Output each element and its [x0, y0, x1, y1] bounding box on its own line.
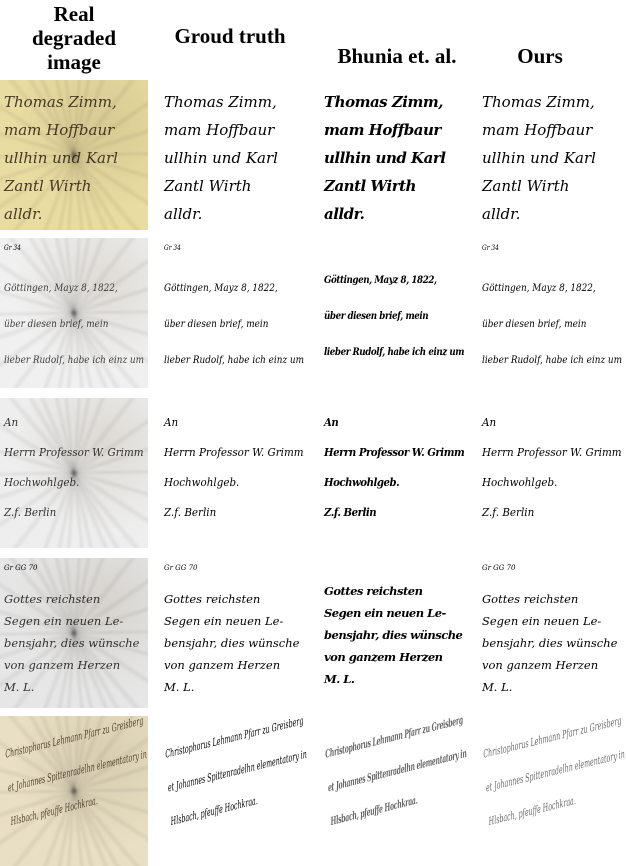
handwriting-text: Thomas Zimm,mam Hoffbaurullhin und KarlZ… — [482, 88, 622, 228]
handwriting-line: lieber Rudolf, habe ich einz um — [482, 342, 600, 378]
handwriting-text: AnHerrn Professor W. GrimmHochwohlgeb.Z.… — [164, 408, 296, 528]
image-bhunia-row-5: Christophorus Lehmann Pfarr zu Greisberg… — [320, 716, 468, 866]
handwriting-line: Segen ein neuen Le- — [324, 602, 464, 624]
handwriting-line: Göttingen, Mayz 8, 1822, — [324, 262, 440, 298]
handwriting-text: Gr GG 70Gottes reichstenSegen ein neuen … — [4, 588, 144, 698]
image-ours-row-4: Gr GG 70Gottes reichstenSegen ein neuen … — [478, 558, 626, 708]
handwriting-line: Thomas Zimm, — [4, 88, 144, 116]
handwriting-line: von ganzem Herzen — [164, 654, 304, 676]
image-bhunia-row-3: AnHerrn Professor W. GrimmHochwohlgeb.Z.… — [320, 398, 468, 548]
handwriting-text: Gr GG 70Gottes reichstenSegen ein neuen … — [482, 588, 622, 698]
handwriting-line: Thomas Zimm, — [482, 88, 622, 116]
image-ours-row-1: Thomas Zimm,mam Hoffbaurullhin und KarlZ… — [478, 80, 626, 230]
handwriting-text: Thomas Zimm,mam Hoffbaurullhin und KarlZ… — [4, 88, 144, 228]
handwriting-text: Thomas Zimm,mam Hoffbaurullhin und KarlZ… — [324, 88, 464, 228]
image-ours-row-2: Gr 34Göttingen, Mayz 8, 1822,über diesen… — [478, 238, 626, 388]
handwriting-line: alldr. — [324, 200, 464, 228]
handwriting-line: M. L. — [324, 668, 464, 690]
handwriting-line: Göttingen, Mayz 8, 1822, — [4, 270, 122, 306]
handwriting-line: Thomas Zimm, — [324, 88, 464, 116]
header-real-line-2: degraded — [0, 26, 148, 50]
handwriting-line: M. L. — [164, 676, 304, 698]
image-ours-row-3: AnHerrn Professor W. GrimmHochwohlgeb.Z.… — [478, 398, 626, 548]
handwriting-text: Gr 34Göttingen, Mayz 8, 1822,über diesen… — [164, 270, 282, 378]
header-ours: Ours — [480, 44, 600, 68]
image-ground-truth-row-5: Christophorus Lehmann Pfarr zu Greisberg… — [160, 716, 308, 866]
handwriting-line: Z.f. Berlin — [482, 498, 614, 528]
image-ours-row-5: Christophorus Lehmann Pfarr zu Greisberg… — [478, 716, 626, 866]
handwriting-line: lieber Rudolf, habe ich einz um — [4, 342, 122, 378]
handwriting-line: lieber Rudolf, habe ich einz um — [324, 334, 440, 370]
handwriting-line: An — [4, 408, 136, 438]
archive-note: Gr GG 70 — [4, 564, 144, 572]
handwriting-text: Christophorus Lehmann Pfarr zu Greisberg… — [164, 719, 252, 839]
handwriting-line: mam Hoffbaur — [482, 116, 622, 144]
handwriting-line: mam Hoffbaur — [164, 116, 304, 144]
handwriting-line: Z.f. Berlin — [4, 498, 136, 528]
handwriting-text: Christophorus Lehmann Pfarr zu Greisberg… — [324, 719, 410, 839]
handwriting-text: Christophorus Lehmann Pfarr zu Greisberg… — [482, 719, 570, 839]
handwriting-line: An — [482, 408, 614, 438]
header-real-line-3: image — [0, 50, 148, 74]
handwriting-line: Zantl Wirth — [482, 172, 622, 200]
handwriting-line: alldr. — [4, 200, 144, 228]
handwriting-line: Göttingen, Mayz 8, 1822, — [482, 270, 600, 306]
handwriting-line: lieber Rudolf, habe ich einz um — [164, 342, 282, 378]
handwriting-line: von ganzem Herzen — [482, 654, 622, 676]
handwriting-text: Gr 34Göttingen, Mayz 8, 1822,über diesen… — [4, 270, 122, 378]
handwriting-line: Herrn Professor W. Grimm — [324, 438, 453, 468]
handwriting-line: von ganzem Herzen — [4, 654, 144, 676]
image-bhunia-row-4: Gottes reichstenSegen ein neuen Le-bensj… — [320, 558, 468, 708]
handwriting-line: alldr. — [164, 200, 304, 228]
handwriting-line: Zantl Wirth — [4, 172, 144, 200]
handwriting-line: ullhin und Karl — [324, 144, 464, 172]
handwriting-line: Z.f. Berlin — [324, 498, 453, 528]
handwriting-text: AnHerrn Professor W. GrimmHochwohlgeb.Z.… — [4, 408, 136, 528]
header-real-degraded-image: Real degraded image — [0, 2, 148, 74]
handwriting-line: M. L. — [4, 676, 144, 698]
handwriting-line: Hochwohlgeb. — [324, 468, 453, 498]
handwriting-line: Gottes reichsten — [164, 588, 304, 610]
handwriting-text: Göttingen, Mayz 8, 1822,über diesen brie… — [324, 270, 440, 370]
handwriting-line: Z.f. Berlin — [164, 498, 296, 528]
image-degraded-row-2: Gr 34Göttingen, Mayz 8, 1822,über diesen… — [0, 238, 148, 388]
image-degraded-row-5: Christophorus Lehmann Pfarr zu Greisberg… — [0, 716, 148, 866]
handwriting-line: über diesen brief, mein — [4, 306, 122, 342]
handwriting-text: Christophorus Lehmann Pfarr zu Greisberg… — [4, 719, 92, 839]
handwriting-text: AnHerrn Professor W. GrimmHochwohlgeb.Z.… — [482, 408, 614, 528]
handwriting-line: Gottes reichsten — [482, 588, 622, 610]
handwriting-line: Gottes reichsten — [324, 580, 464, 602]
archive-note: Gr 34 — [164, 244, 282, 252]
image-ground-truth-row-3: AnHerrn Professor W. GrimmHochwohlgeb.Z.… — [160, 398, 308, 548]
handwriting-line: An — [164, 408, 296, 438]
handwriting-line: M. L. — [482, 676, 622, 698]
handwriting-line: Hochwohlgeb. — [4, 468, 136, 498]
handwriting-text: Gr 34Göttingen, Mayz 8, 1822,über diesen… — [482, 270, 600, 378]
handwriting-line: Hochwohlgeb. — [164, 468, 296, 498]
image-bhunia-row-1: Thomas Zimm,mam Hoffbaurullhin und KarlZ… — [320, 80, 468, 230]
handwriting-line: mam Hoffbaur — [324, 116, 464, 144]
handwriting-text: AnHerrn Professor W. GrimmHochwohlgeb.Z.… — [324, 408, 453, 528]
image-ground-truth-row-1: Thomas Zimm,mam Hoffbaurullhin und KarlZ… — [160, 80, 308, 230]
header-ground-truth: Groud truth — [160, 24, 300, 48]
handwriting-line: Göttingen, Mayz 8, 1822, — [164, 270, 282, 306]
image-degraded-row-4: Gr GG 70Gottes reichstenSegen ein neuen … — [0, 558, 148, 708]
handwriting-line: Segen ein neuen Le- — [4, 610, 144, 632]
handwriting-line: bensjahr, dies wünsche — [164, 632, 304, 654]
archive-note: Gr GG 70 — [482, 564, 622, 572]
handwriting-line: Thomas Zimm, — [164, 88, 304, 116]
handwriting-line: ullhin und Karl — [482, 144, 622, 172]
handwriting-line: Herrn Professor W. Grimm — [164, 438, 296, 468]
handwriting-line: Gottes reichsten — [4, 588, 144, 610]
handwriting-line: Segen ein neuen Le- — [164, 610, 304, 632]
image-degraded-row-3: AnHerrn Professor W. GrimmHochwohlgeb.Z.… — [0, 398, 148, 548]
handwriting-line: Herrn Professor W. Grimm — [4, 438, 136, 468]
handwriting-line: bensjahr, dies wünsche — [324, 624, 464, 646]
archive-note: Gr GG 70 — [164, 564, 304, 572]
handwriting-text: Gr GG 70Gottes reichstenSegen ein neuen … — [164, 588, 304, 698]
image-ground-truth-row-4: Gr GG 70Gottes reichstenSegen ein neuen … — [160, 558, 308, 708]
archive-note: Gr 34 — [4, 244, 122, 252]
handwriting-line: über diesen brief, mein — [164, 306, 282, 342]
handwriting-line: ullhin und Karl — [164, 144, 304, 172]
handwriting-text: Gottes reichstenSegen ein neuen Le-bensj… — [324, 588, 464, 690]
handwriting-line: bensjahr, dies wünsche — [482, 632, 622, 654]
image-ground-truth-row-2: Gr 34Göttingen, Mayz 8, 1822,über diesen… — [160, 238, 308, 388]
handwriting-line: über diesen brief, mein — [482, 306, 600, 342]
handwriting-line: An — [324, 408, 453, 438]
image-degraded-row-1: Thomas Zimm,mam Hoffbaurullhin und KarlZ… — [0, 80, 148, 230]
handwriting-line: alldr. — [482, 200, 622, 228]
image-bhunia-row-2: Göttingen, Mayz 8, 1822,über diesen brie… — [320, 238, 468, 388]
handwriting-line: von ganzem Herzen — [324, 646, 464, 668]
archive-note: Gr 34 — [482, 244, 600, 252]
handwriting-line: Hochwohlgeb. — [482, 468, 614, 498]
handwriting-line: über diesen brief, mein — [324, 298, 440, 334]
header-real-line-1: Real — [0, 2, 148, 26]
handwriting-line: ullhin und Karl — [4, 144, 144, 172]
header-bhunia: Bhunia et. al. — [322, 44, 472, 68]
handwriting-line: Herrn Professor W. Grimm — [482, 438, 614, 468]
handwriting-text: Thomas Zimm,mam Hoffbaurullhin und KarlZ… — [164, 88, 304, 228]
handwriting-line: bensjahr, dies wünsche — [4, 632, 144, 654]
handwriting-line: mam Hoffbaur — [4, 116, 144, 144]
handwriting-line: Zantl Wirth — [164, 172, 304, 200]
handwriting-line: Zantl Wirth — [324, 172, 464, 200]
handwriting-line: Segen ein neuen Le- — [482, 610, 622, 632]
